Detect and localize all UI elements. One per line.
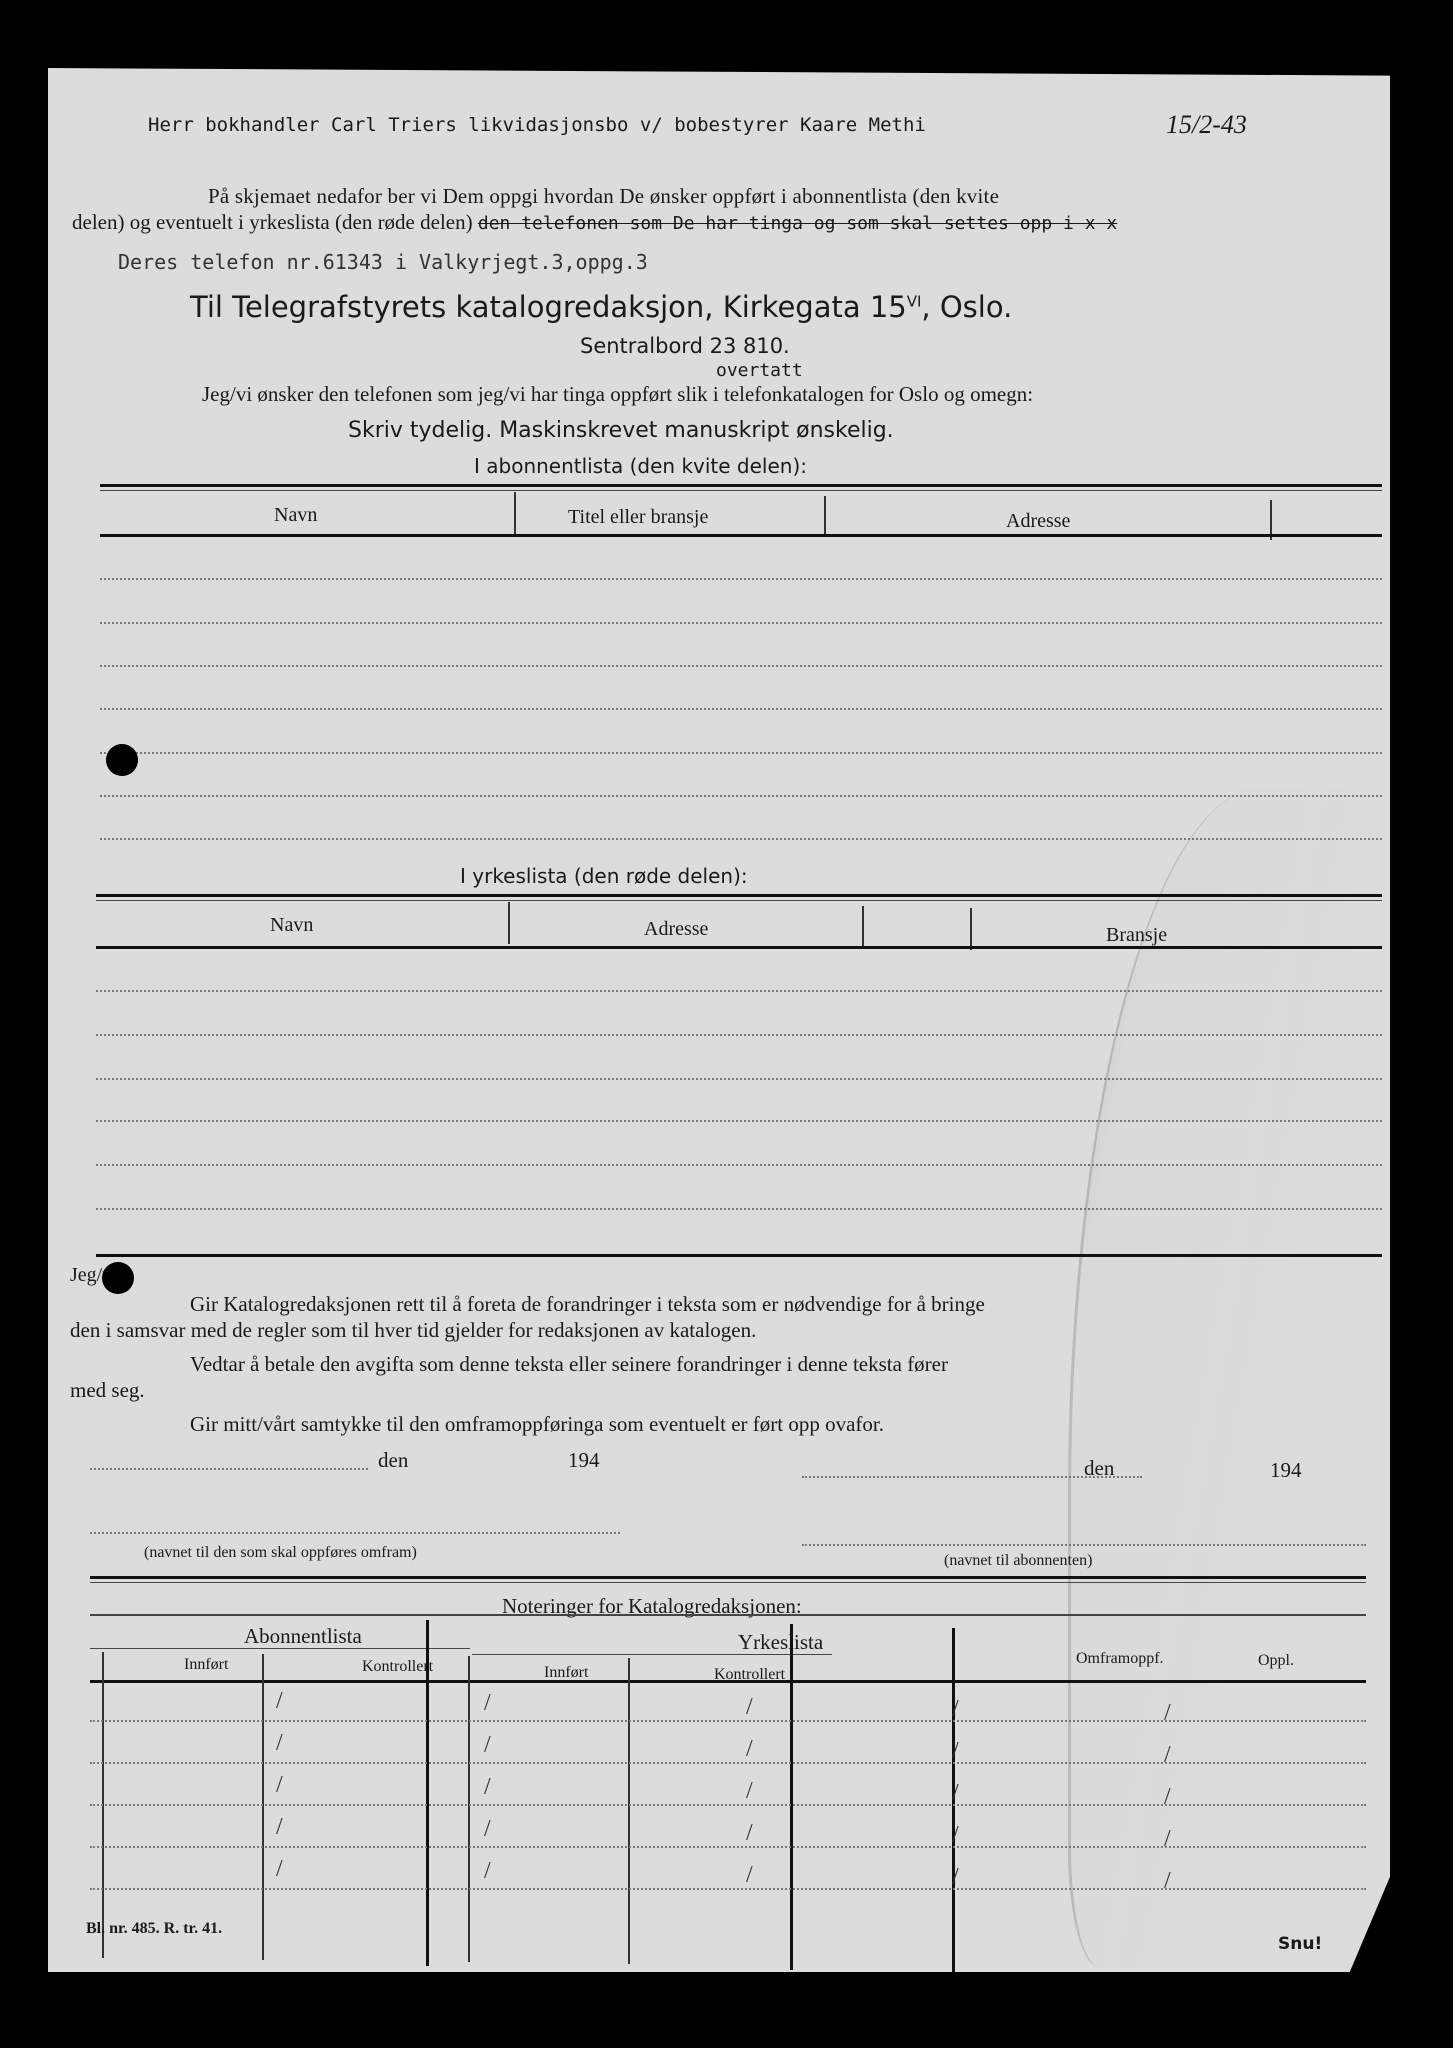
- subscriber-list-heading: I abonnentlista (den kvite delen):: [474, 454, 807, 478]
- slash-mark: /: [484, 1774, 491, 1801]
- year-label-left: 194: [568, 1448, 600, 1473]
- column-header-adresse: Adresse: [1006, 510, 1070, 533]
- rule: [96, 1254, 1382, 1257]
- request-line: Jeg/vi ønsker den telefonen som jeg/vi h…: [202, 382, 1033, 407]
- punch-hole: [102, 1262, 134, 1294]
- instruction: Skriv tydelig. Maskinskrevet manuskript …: [348, 418, 894, 443]
- column-divider: [824, 496, 826, 536]
- rule: [96, 900, 1382, 901]
- declaration-para1-a: Gir Katalogredaksjonen rett til å foreta…: [190, 1292, 985, 1317]
- recipient-title-sup: VI: [907, 292, 922, 310]
- column-divider: [514, 492, 516, 534]
- group-abonnentlista: Abonnentlista: [244, 1624, 362, 1649]
- slash-mark: /: [1164, 1742, 1171, 1769]
- intro-line-2-printed: delen) og eventuelt i yrkeslista (den rø…: [72, 210, 473, 234]
- phone-line: Deres telefon nr.61343 i Valkyrjegt.3,op…: [118, 250, 648, 274]
- recipient-title-end: , Oslo.: [921, 290, 1012, 324]
- slash-mark: /: [952, 1864, 959, 1891]
- column-divider: [628, 1658, 630, 1964]
- entry-line[interactable]: [100, 578, 1382, 580]
- group-omframoppf: Omframoppf.: [1076, 1650, 1164, 1668]
- form-number: Bl. nr. 485. R. tr. 41.: [86, 1920, 222, 1938]
- slash-mark: /: [952, 1822, 959, 1849]
- column-header-bransje: Bransje: [1106, 924, 1167, 947]
- trade-list-heading: I yrkeslista (den røde delen):: [460, 864, 748, 888]
- signature-line-right[interactable]: [802, 1544, 1366, 1546]
- water-stain: [1068, 788, 1391, 1968]
- notes-row-line[interactable]: [90, 1762, 1366, 1764]
- slash-mark: /: [1164, 1826, 1171, 1853]
- subcol-innfort-abonnent: Innført: [184, 1656, 228, 1674]
- rule: [100, 484, 1382, 487]
- slash-mark: /: [746, 1820, 753, 1847]
- year-label-right: 194: [1270, 1458, 1302, 1483]
- rule: [472, 1654, 832, 1655]
- column-header-titel: Titel eller bransje: [568, 506, 708, 529]
- column-divider: [508, 902, 510, 944]
- entry-line[interactable]: [96, 1034, 1382, 1036]
- entry-line[interactable]: [96, 1120, 1382, 1122]
- rule: [96, 946, 1382, 949]
- punch-hole: [106, 744, 138, 776]
- slash-mark: /: [746, 1862, 753, 1889]
- rule: [90, 1582, 1366, 1583]
- slash-mark: /: [1164, 1784, 1171, 1811]
- entry-line[interactable]: [100, 665, 1382, 667]
- intro-line-2: delen) og eventuelt i yrkeslista (den rø…: [72, 210, 1117, 235]
- entry-line[interactable]: [96, 1208, 1382, 1210]
- entry-line[interactable]: [96, 990, 1382, 992]
- column-divider: [468, 1656, 470, 1962]
- declaration-para1-b: den i samsvar med de regler som til hver…: [70, 1318, 756, 1343]
- declaration-para2-a: Vedtar å betale den avgifta som denne te…: [190, 1352, 948, 1377]
- notes-row-line[interactable]: [90, 1846, 1366, 1848]
- signature-caption-left: (navnet til den som skal oppføres omfram…: [144, 1544, 417, 1562]
- slash-mark: /: [276, 1730, 283, 1757]
- column-header-navn: Navn: [270, 914, 313, 937]
- declaration-para2-b: med seg.: [70, 1378, 145, 1403]
- slash-mark: /: [1164, 1868, 1171, 1895]
- intro-line-2-struck: den telefonen som De har tinga og som sk…: [478, 213, 1117, 234]
- rule: [90, 1576, 1366, 1579]
- rule: [90, 1614, 1366, 1616]
- slash-mark: /: [484, 1816, 491, 1843]
- signature-place-line-left[interactable]: [90, 1468, 368, 1470]
- column-divider: [790, 1624, 793, 1970]
- slash-mark: /: [952, 1738, 959, 1765]
- notes-row-line[interactable]: [90, 1888, 1366, 1890]
- rule: [96, 894, 1382, 897]
- slash-mark: /: [276, 1856, 283, 1883]
- den-label-left: den: [378, 1448, 408, 1473]
- rule: [100, 534, 1382, 537]
- entry-line[interactable]: [100, 752, 1382, 754]
- entry-line[interactable]: [100, 795, 1382, 797]
- slash-mark: /: [276, 1772, 283, 1799]
- entry-line[interactable]: [100, 708, 1382, 710]
- document-page: Herr bokhandler Carl Triers likvidasjons…: [48, 68, 1390, 1972]
- rule: [100, 490, 1382, 491]
- entry-line[interactable]: [100, 838, 1382, 840]
- entry-line[interactable]: [96, 1164, 1382, 1166]
- den-label-right: den: [1084, 1456, 1114, 1481]
- group-yrkeslista: Yrkeslista: [738, 1630, 823, 1655]
- slash-mark: /: [746, 1694, 753, 1721]
- declaration-para3: Gir mitt/vårt samtykke til den omframopp…: [190, 1412, 884, 1437]
- signature-line-left[interactable]: [90, 1532, 620, 1534]
- slash-mark: /: [484, 1690, 491, 1717]
- recipient-title-text: Til Telegrafstyrets katalogredaksjon, Ki…: [190, 290, 907, 324]
- slash-mark: /: [952, 1780, 959, 1807]
- column-divider: [970, 908, 972, 950]
- rule: [90, 1680, 1366, 1683]
- slash-mark: /: [276, 1814, 283, 1841]
- turn-over-note: Snu!: [1278, 1934, 1322, 1954]
- column-divider: [262, 1654, 264, 1960]
- entry-line[interactable]: [100, 622, 1382, 624]
- slash-mark: /: [484, 1858, 491, 1885]
- subcol-kontrollert-abonnent: Kontrollert: [362, 1658, 433, 1676]
- intro-line-1: På skjemaet nedafor ber vi Dem oppgi hvo…: [208, 184, 999, 209]
- group-oppl: Oppl.: [1258, 1652, 1294, 1670]
- notes-row-line[interactable]: [90, 1720, 1366, 1722]
- slash-mark: /: [952, 1696, 959, 1723]
- column-header-navn: Navn: [274, 504, 317, 527]
- switchboard: Sentralbord 23 810.: [580, 334, 790, 358]
- typed-addressee: Herr bokhandler Carl Triers likvidasjons…: [148, 114, 926, 136]
- column-header-adresse: Adresse: [644, 918, 708, 941]
- rule: [90, 1648, 470, 1649]
- column-divider: [426, 1620, 429, 1966]
- column-divider: [862, 906, 864, 948]
- slash-mark: /: [1164, 1700, 1171, 1727]
- slash-mark: /: [746, 1736, 753, 1763]
- slash-mark: /: [276, 1688, 283, 1715]
- entry-line[interactable]: [96, 1078, 1382, 1080]
- overtyped-overtatt: overtatt: [716, 360, 803, 381]
- notes-row-line[interactable]: [90, 1804, 1366, 1806]
- signature-caption-right: (navnet til abonnenten): [944, 1552, 1092, 1570]
- recipient-title: Til Telegrafstyrets katalogredaksjon, Ki…: [190, 290, 1012, 324]
- handwritten-date: 15/2-43: [1166, 110, 1247, 140]
- slash-mark: /: [484, 1732, 491, 1759]
- slash-mark: /: [746, 1778, 753, 1805]
